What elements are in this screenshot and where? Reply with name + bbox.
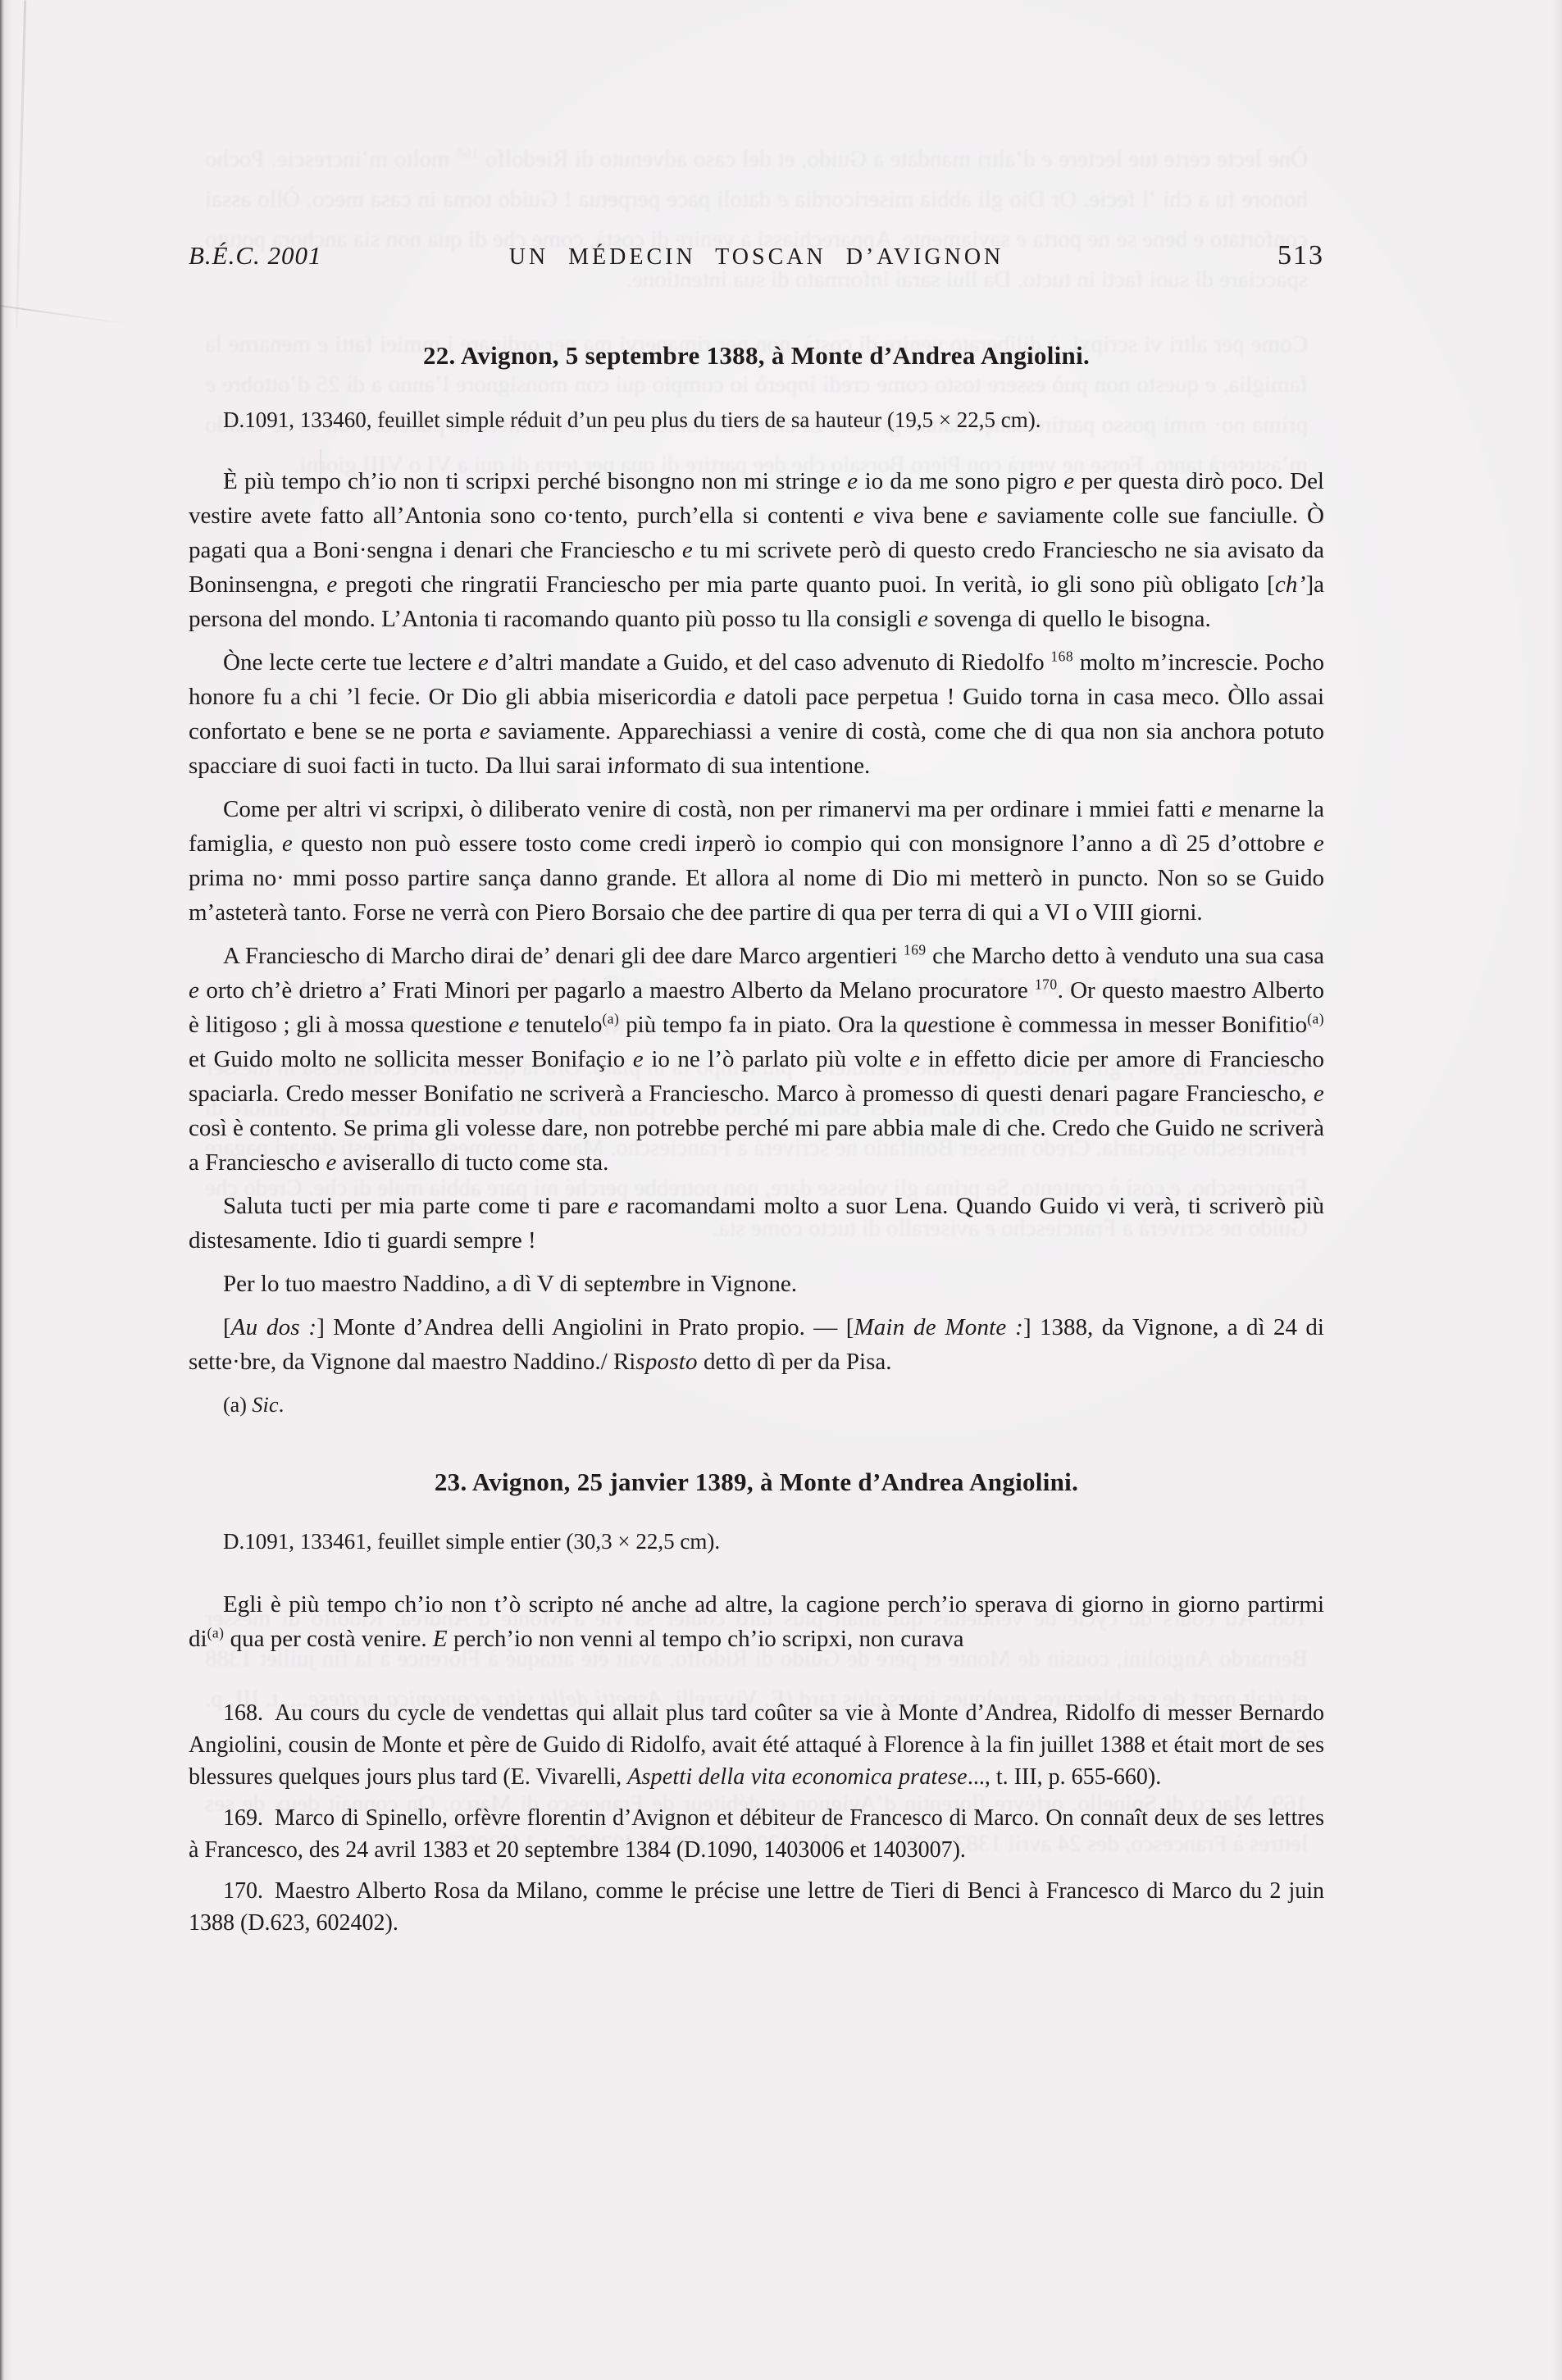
letter-section-23: 23. Avignon, 25 janvier 1389, à Monte d’… — [189, 1464, 1324, 1656]
letter-23-heading: 23. Avignon, 25 janvier 1389, à Monte d’… — [189, 1464, 1324, 1500]
paper-crease-diagonal — [0, 305, 130, 325]
letter-22-paragraph: Saluta tucti per mia parte come ti pare … — [189, 1189, 1324, 1258]
footnotes-section: 168. Au cours du cycle de vendettas qui … — [189, 1697, 1324, 1939]
letter-23-source-note: D.1091, 133461, feuillet simple entier (… — [189, 1525, 1324, 1558]
letter-22-address-paragraph: [Au dos :] Monte d’Andrea delli Angiolin… — [189, 1310, 1324, 1379]
footnote-170: 170. Maestro Alberto Rosa da Milano, com… — [189, 1875, 1324, 1939]
letter-23-paragraph: Egli è più tempo ch’io non t’ò scripto n… — [189, 1587, 1324, 1656]
letter-22-source-note: D.1091, 133460, feuillet simple réduit d… — [189, 403, 1324, 436]
footnote-168: 168. Au cours du cycle de vendettas qui … — [189, 1697, 1324, 1793]
letter-22-paragraph: Come per altri vi scripxi, ò diliberato … — [189, 792, 1324, 930]
letter-22-paragraph: A Franciescho di Marcho dirai de’ denari… — [189, 939, 1324, 1180]
letter-22-paragraph: Per lo tuo maestro Naddino, a dì V di se… — [189, 1267, 1324, 1301]
letter-22-paragraph: Òne lecte certe tue lectere e d’altri ma… — [189, 645, 1324, 783]
footnote-169: 169. Marco di Spinello, orfèvre florenti… — [189, 1802, 1324, 1866]
letter-22-paragraph: È più tempo ch’io non ti scripxi perché … — [189, 464, 1324, 636]
scanned-journal-page: Òne lecte certe tue lectere e d’altri ma… — [0, 0, 1562, 2380]
letter-22-heading: 22. Avignon, 5 septembre 1388, à Monte d… — [189, 338, 1324, 374]
scan-edge-shadow — [0, 0, 4, 2380]
paper-crease-vertical — [16, 0, 26, 328]
text-column: 22. Avignon, 5 septembre 1388, à Monte d… — [189, 0, 1324, 1939]
apparatus-note: (a) Sic. — [189, 1390, 1324, 1420]
letter-section-22: 22. Avignon, 5 septembre 1388, à Monte d… — [189, 338, 1324, 1420]
